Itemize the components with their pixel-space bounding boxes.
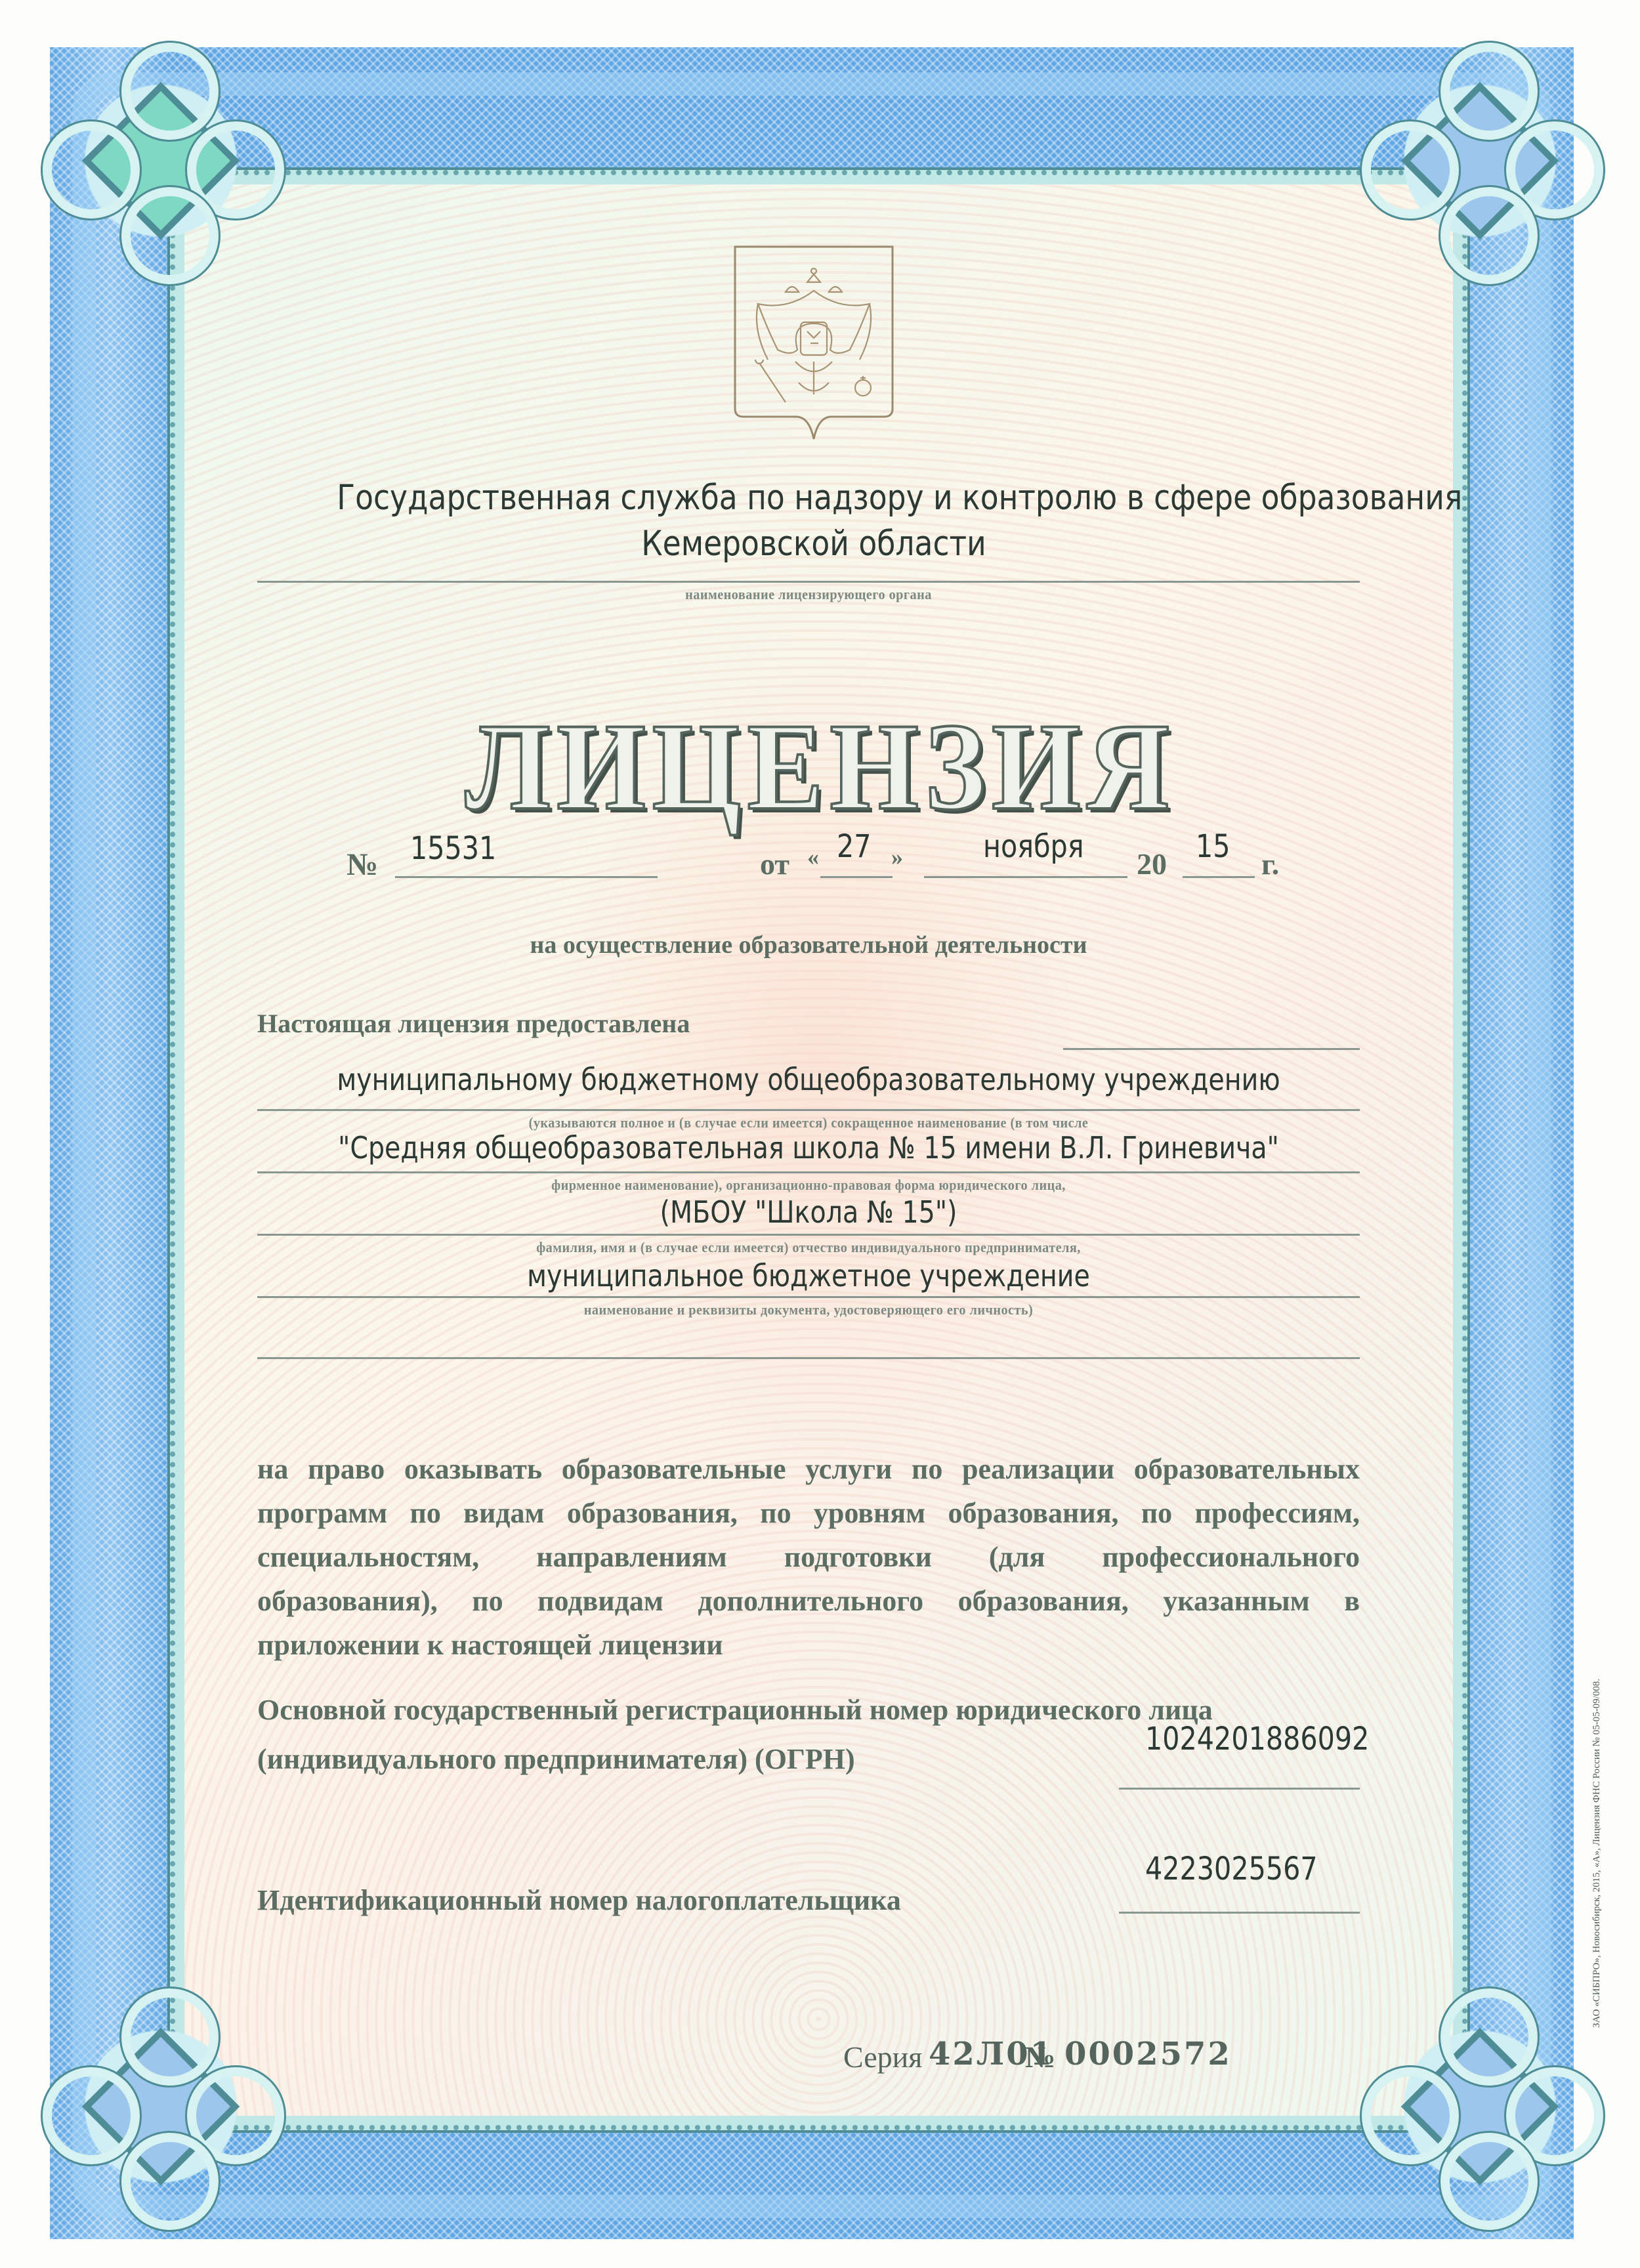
licensee-intro-underline [1063, 1048, 1360, 1050]
inn-underline [1119, 1912, 1360, 1914]
quote-open: « [807, 843, 819, 871]
licensee-caption2: фирменное наименование), организационно-… [301, 1177, 1316, 1194]
corner-ornament-icon [43, 43, 279, 279]
month-underline [924, 876, 1127, 878]
ogrn-label-line1: Основной государственный регистрационный… [257, 1693, 1213, 1727]
quote-close: » [891, 843, 903, 871]
rights-paragraph: на право оказывать образовательные услуг… [257, 1447, 1360, 1667]
licensee-line4-underline [257, 1296, 1360, 1298]
ogrn-underline [1119, 1788, 1360, 1790]
year-underline [1183, 876, 1255, 878]
licensee-line1: муниципальному бюджетному общеобразовате… [335, 1062, 1283, 1097]
number-sign: № [347, 847, 378, 883]
licensee-caption3: фамилия, имя и (в случае если имеется) о… [301, 1239, 1316, 1256]
licensee-line2: "Средняя общеобразовательная школа № 15 … [335, 1130, 1283, 1165]
form-number: 0002572 [1064, 2036, 1232, 2072]
authority-underline [257, 581, 1360, 583]
corner-ornament-icon [1362, 1988, 1598, 2225]
rights-line: специальностям, направлениям подготовки … [257, 1535, 1360, 1579]
year-suffix: г. [1261, 847, 1279, 881]
printer-imprint: ЗАО «СИБПРО», Новосибирск, 2015, «А», Ли… [1591, 1679, 1603, 2028]
licensing-authority-line1: Государственная служба по надзору и конт… [337, 478, 1290, 518]
licensee-line2-underline [257, 1171, 1360, 1173]
coat-of-arms-icon [733, 245, 894, 442]
licensee-line1-underline [257, 1109, 1360, 1111]
corner-ornament-icon [43, 1988, 279, 2225]
series-label: Серия [843, 2040, 922, 2074]
inn-label: Идентификационный номер налогоплательщик… [257, 1883, 901, 1917]
rights-line: образования), по подвидам дополнительног… [257, 1579, 1360, 1623]
year-century: 20 [1137, 847, 1167, 881]
inn-value: 4223025567 [1145, 1851, 1318, 1887]
license-year: 15 [1196, 828, 1230, 865]
licensee-caption1: (указываются полное и (в случае если име… [301, 1114, 1316, 1131]
ogrn-label-line2: (индивидуального предпринимателя) (ОГРН) [257, 1742, 855, 1776]
rights-line: на право оказывать образовательные услуг… [257, 1447, 1360, 1491]
license-month: ноября [983, 828, 1084, 865]
rights-line: программ по видам образования, по уровня… [257, 1491, 1360, 1535]
corner-ornament-icon [1362, 43, 1598, 279]
number-underline [395, 876, 658, 878]
license-number: 15531 [410, 830, 496, 867]
licensee-line5-underline [257, 1357, 1360, 1359]
licensee-intro: Настоящая лицензия предоставлена [257, 1008, 690, 1039]
date-from-label: от [760, 847, 789, 881]
licensee-line3: (МБОУ "Школа № 15") [335, 1194, 1283, 1230]
authority-caption: наименование лицензирующего органа [301, 586, 1316, 603]
document-title: ЛИЦЕНЗИЯ [404, 696, 1237, 839]
rights-line: приложении к настоящей лицензии [257, 1623, 1360, 1667]
day-underline [820, 876, 893, 878]
licensee-line3-underline [257, 1234, 1360, 1236]
licensing-authority-line2: Кемеровской области [337, 524, 1290, 564]
licensee-caption4: наименование и реквизиты документа, удос… [301, 1301, 1316, 1318]
licensee-line4: муниципальное бюджетное учреждение [335, 1258, 1283, 1293]
license-purpose: на осуществление образовательной деятель… [257, 931, 1360, 959]
license-day: 27 [837, 828, 872, 865]
form-number-sign: № [1025, 2040, 1055, 2074]
ogrn-value: 1024201886092 [1145, 1721, 1369, 1757]
